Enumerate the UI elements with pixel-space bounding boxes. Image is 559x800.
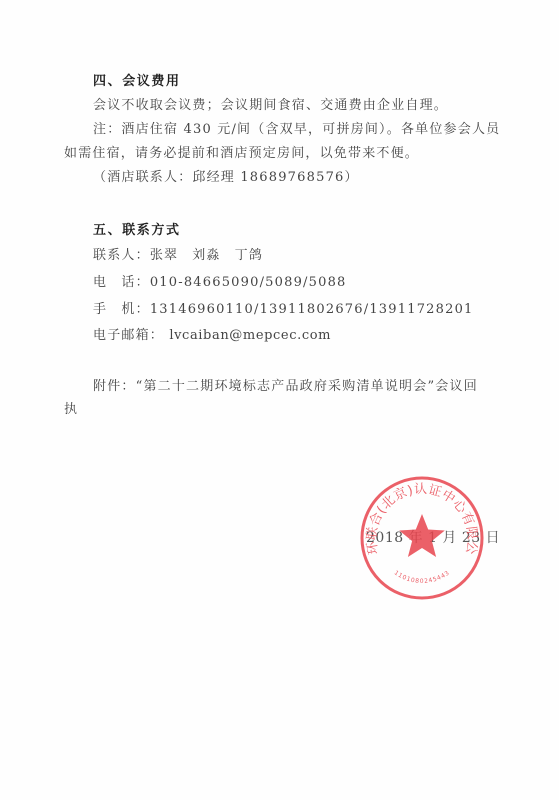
mobile-label: 手 机： [93,302,150,317]
official-seal: 中环联合(北京)认证中心有限公司 1101080245443 [358,474,486,602]
email-row: 电子邮箱： lvcaiban@mepcec.com [93,327,331,345]
star-icon [399,514,445,557]
attachment-line-2: 执 [64,401,78,419]
email-value: lvcaiban@mepcec.com [169,328,331,343]
attachment-line-1: 附件：“第二十二期环境标志产品政府采购清单说明会”会议回 [93,378,478,396]
contact-person: 刘淼 [192,248,220,263]
contact-person: 丁鸽 [235,248,263,263]
contacts-label: 联系人： [93,248,150,263]
svg-text:1101080245443: 1101080245443 [393,569,451,585]
hotel-contact: （酒店联系人：邱经理 18689768576） [93,169,359,187]
document-page: 四、会议费用 会议不收取会议费；会议期间食宿、交通费由企业自理。 注：酒店住宿 … [0,0,559,800]
phone-label: 电 话： [93,275,150,290]
mobile-value: 13146960110/13911802676/13911728201 [150,302,474,317]
mobile-row: 手 机：13146960110/13911802676/13911728201 [93,301,474,319]
seal-icon: 中环联合(北京)认证中心有限公司 1101080245443 [358,474,486,602]
phone-value: 010-84665090/5089/5088 [150,275,347,290]
section-4-heading: 四、会议费用 [93,73,181,91]
phone-row: 电 话：010-84665090/5089/5088 [93,274,347,292]
hotel-note-line-1: 注：酒店住宿 430 元/间（含双早，可拼房间）。各单位参会人员 [93,121,500,139]
contact-persons-row: 联系人：张翠刘淼丁鸽 [93,247,263,265]
hotel-note-line-2: 如需住宿，请务必提前和酒店预定房间，以免带来不便。 [64,145,419,163]
email-label: 电子邮箱： [93,328,164,343]
contact-person: 张翠 [150,248,178,263]
section-5-heading: 五、联系方式 [93,222,181,240]
seal-number: 1101080245443 [393,569,451,585]
section-4-paragraph: 会议不收取会议费；会议期间食宿、交通费由企业自理。 [93,97,448,115]
